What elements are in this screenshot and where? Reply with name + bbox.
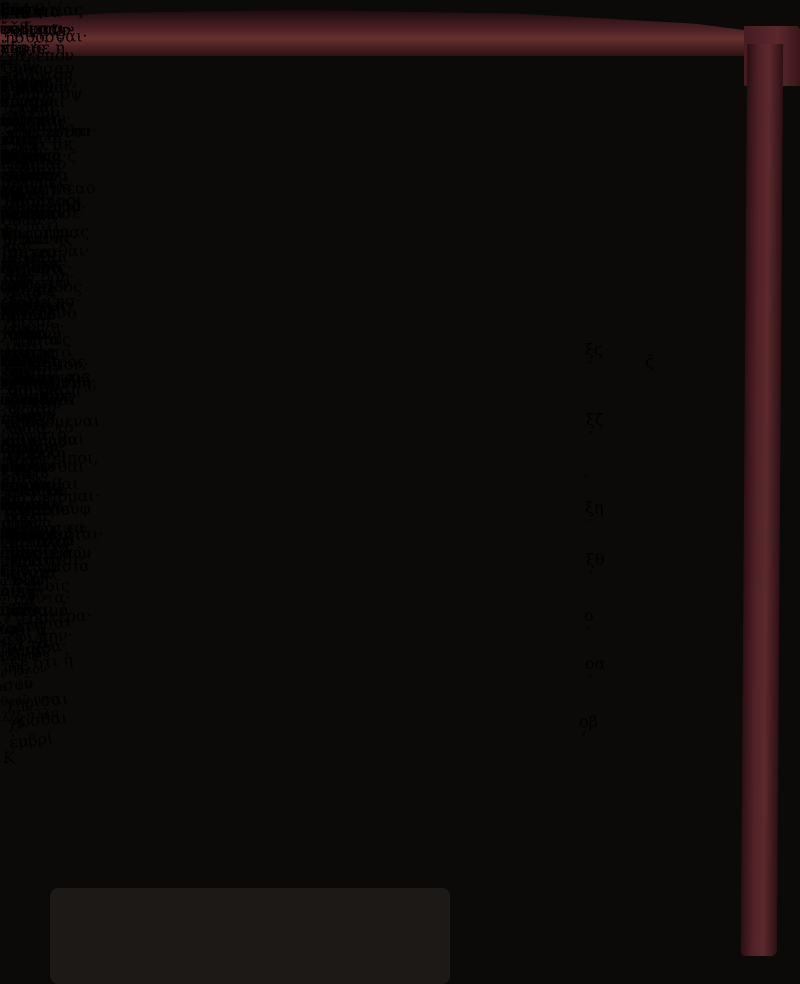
margin-siglum: ξζ´ — [586, 410, 603, 448]
margin-siglum: ξθ´ — [586, 550, 604, 588]
paragraph-end-mark: ϛ̑ — [67, 146, 76, 165]
manuscript-photo: 364 ξ̑ ταῦτα σὺ μῶν εκϛ· μόησαν κύομαι· … — [0, 0, 800, 984]
gloss-line: μάχη· — [0, 524, 46, 543]
left-margin-mark: ᾱ — [2, 630, 13, 649]
rubric-inline: φ — [79, 499, 91, 518]
left-margin-mark: ω — [44, 558, 57, 577]
margin-siglum: ξϛ´ — [585, 340, 603, 378]
gloss-line: λαμπρᾷ·ϛ̑ — [0, 146, 67, 165]
margin-siglum: ο´ — [584, 606, 594, 644]
margin-siglum: ϛ̑ — [645, 352, 654, 371]
left-margin-mark: ϗ — [14, 710, 24, 729]
book-board-shadow — [50, 888, 450, 984]
margin-siglum: ξη´ — [585, 498, 603, 536]
book-cover-fore-edge — [741, 44, 783, 956]
left-margin-mark: Κ — [3, 748, 15, 767]
gloss-line: τὰς χειρὸς καταφθονη· — [0, 352, 95, 390]
margin-siglum: · — [583, 466, 588, 485]
gloss-line: μᾶς θ᾽ ἔσομαι·∾ — [0, 0, 62, 38]
gloss-line: διὸ τὸ θύραν ἐπὶ ποιη· — [0, 73, 49, 149]
margin-siglum: οα´ — [585, 654, 605, 692]
margin-siglum: οβ´ — [579, 712, 598, 750]
paragraph-end-mark: ∾ — [62, 19, 75, 38]
left-margin-mark: ε· — [5, 386, 18, 405]
gloss-line: παρὰ τὴν ἔσχῃ θαυμά· — [0, 438, 56, 514]
